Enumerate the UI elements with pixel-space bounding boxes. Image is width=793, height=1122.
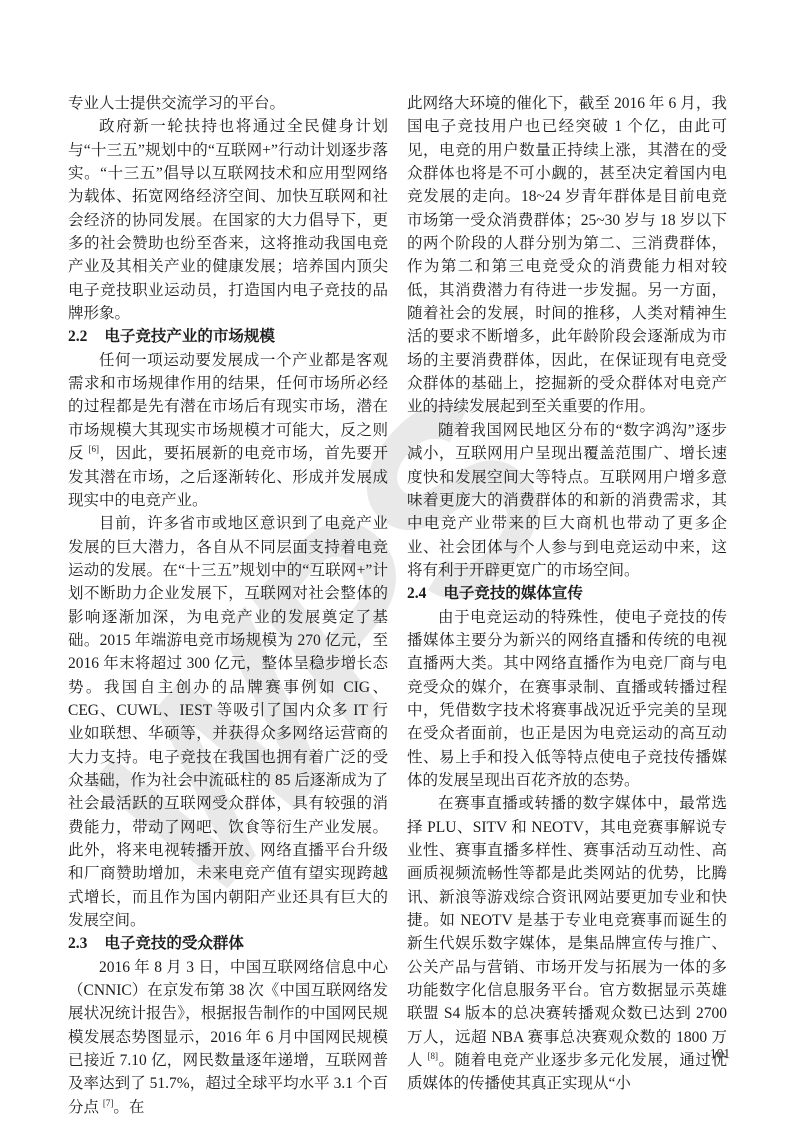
citation-superscript: [6] — [89, 444, 100, 454]
paragraph: 专业人士提供交流学习的平台。 — [68, 92, 388, 115]
paragraph: 政府新一轮扶持也将通过全民健身计划与“十三五”规划中的“互联网+”行动计划逐步落… — [68, 115, 388, 325]
paragraph: 目前，许多省市或地区意识到了电竞产业发展的巨大潜力，各自从不同层面支持着电竞运动… — [68, 512, 388, 932]
paragraph: 在赛事直播或转播的数字媒体中，最常选择 PLU、SITV 和 NEOTV，其电竞… — [407, 792, 727, 1095]
section-number: 2.3 — [68, 935, 87, 952]
page-number: 101 — [700, 1046, 740, 1062]
paragraph: 任何一项运动要发展成一个产业都是客观需求和市场规律作用的结果，任何市场所必经的过… — [68, 349, 388, 512]
paragraph: 2016 年 8 月 3 日，中国互联网络信息中心（CNNIC）在京发布第 38… — [68, 956, 388, 1119]
paragraph: 随着我国网民地区分布的“数字鸿沟”逐步减小，互联网用户呈现出覆盖范围广、增长速度… — [407, 419, 727, 582]
paragraph: 由于电竞运动的特殊性，使电子竞技的传播媒体主要分为新兴的网络直播和传统的电视直播… — [407, 606, 727, 793]
right-text-column: 此网络大环境的催化下，截至 2016 年 6 月，我国电子竞技用户也已经突破 1… — [407, 92, 727, 1096]
citation-superscript: [7] — [103, 1098, 114, 1108]
section-number: 2.4 — [407, 585, 426, 602]
left-text-column: 专业人士提供交流学习的平台。政府新一轮扶持也将通过全民健身计划与“十三五”规划中… — [68, 92, 388, 1119]
citation-superscript: [8] — [428, 1051, 439, 1061]
section-number: 2.2 — [68, 328, 87, 345]
paragraph: 此网络大环境的催化下，截至 2016 年 6 月，我国电子竞技用户也已经突破 1… — [407, 92, 727, 419]
section-heading: 2.3电子竞技的受众群体 — [68, 932, 388, 955]
section-heading: 2.2电子竞技产业的市场规模 — [68, 325, 388, 348]
document-page: WPS 专业人士提供交流学习的平台。政府新一轮扶持也将通过全民健身计划与“十三五… — [0, 0, 793, 1122]
section-heading: 2.4电子竞技的媒体宣传 — [407, 582, 727, 605]
